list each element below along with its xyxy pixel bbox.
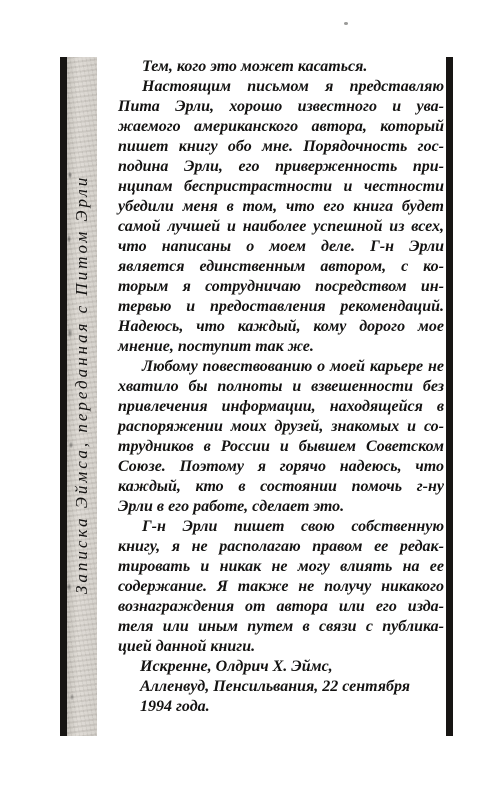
text-line: Любому повествованию о моей карьере не: [118, 357, 444, 377]
right-border-rule: [446, 57, 453, 736]
text-line: Настоящим письмом я представляю: [118, 77, 444, 97]
paper-speck: [344, 22, 348, 25]
letter-text: Тем, кого это может касаться. Настоящим …: [118, 57, 444, 717]
text-line: привлечения информации, находящейся в: [118, 397, 444, 417]
text-line: Пита Эрли, хорошо известного и ува-: [118, 97, 444, 117]
text-line: Искренне, Олдрич Х. Эймс,: [118, 657, 444, 677]
text-line: каждый, кто в состоянии помочь г-ну: [118, 477, 444, 497]
text-line: Эрли в его работе, сделает это.: [118, 497, 444, 517]
text-line: вознаграждения от автора или его изда-: [118, 597, 444, 617]
text-line: трудников в России и бывшем Советском: [118, 437, 444, 457]
left-border-rule: [60, 57, 67, 736]
text-line: 1994 года.: [118, 697, 444, 717]
text-line: мнение, поступит так же.: [118, 337, 444, 357]
text-line: распоряжении моих друзей, знакомых и со-: [118, 417, 444, 437]
text-line: хватило бы полноты и взвешенности без: [118, 377, 444, 397]
text-line: торым я сотрудничаю посредством ин-: [118, 277, 444, 297]
text-line: Тем, кого это может касаться.: [118, 57, 444, 77]
text-line: самой лучшей и наиболее успешной из всех…: [118, 217, 444, 237]
text-line: тервью и предоставления рекомендаций.: [118, 297, 444, 317]
text-line: Надеюсь, что каждый, кому дорого мое: [118, 317, 444, 337]
text-line: теля или иным путем в связи с публика-: [118, 617, 444, 637]
text-line: Союзе. Поэтому я горячо надеюсь, что: [118, 457, 444, 477]
text-line: книгу, я не располагаю правом ее редак-: [118, 537, 444, 557]
sidebar-caption: Записка Эймса, переданная с Питом Эрли: [72, 158, 92, 594]
text-line: тировать и никак не могу влиять на ее: [118, 557, 444, 577]
text-line: цией данной книги.: [118, 637, 444, 657]
text-line: является единственным автором, с ко-: [118, 257, 444, 277]
text-line: нципам беспристрастности и честности: [118, 177, 444, 197]
text-line: содержание. Я также не получу никакого: [118, 577, 444, 597]
text-line: Алленвуд, Пенсильвания, 22 сентября: [118, 677, 444, 697]
book-page: Записка Эймса, переданная с Питом Эрли Т…: [0, 0, 496, 800]
text-line: что написаны о моем деле. Г-н Эрли: [118, 237, 444, 257]
text-line: подина Эрли, его приверженность при-: [118, 157, 444, 177]
text-line: Г-н Эрли пишет свою собственную: [118, 517, 444, 537]
text-line: жаемого американского автора, который: [118, 117, 444, 137]
text-line: убедили меня в том, что его книга будет: [118, 197, 444, 217]
text-line: пишет книгу обо мне. Порядочность гос-: [118, 137, 444, 157]
